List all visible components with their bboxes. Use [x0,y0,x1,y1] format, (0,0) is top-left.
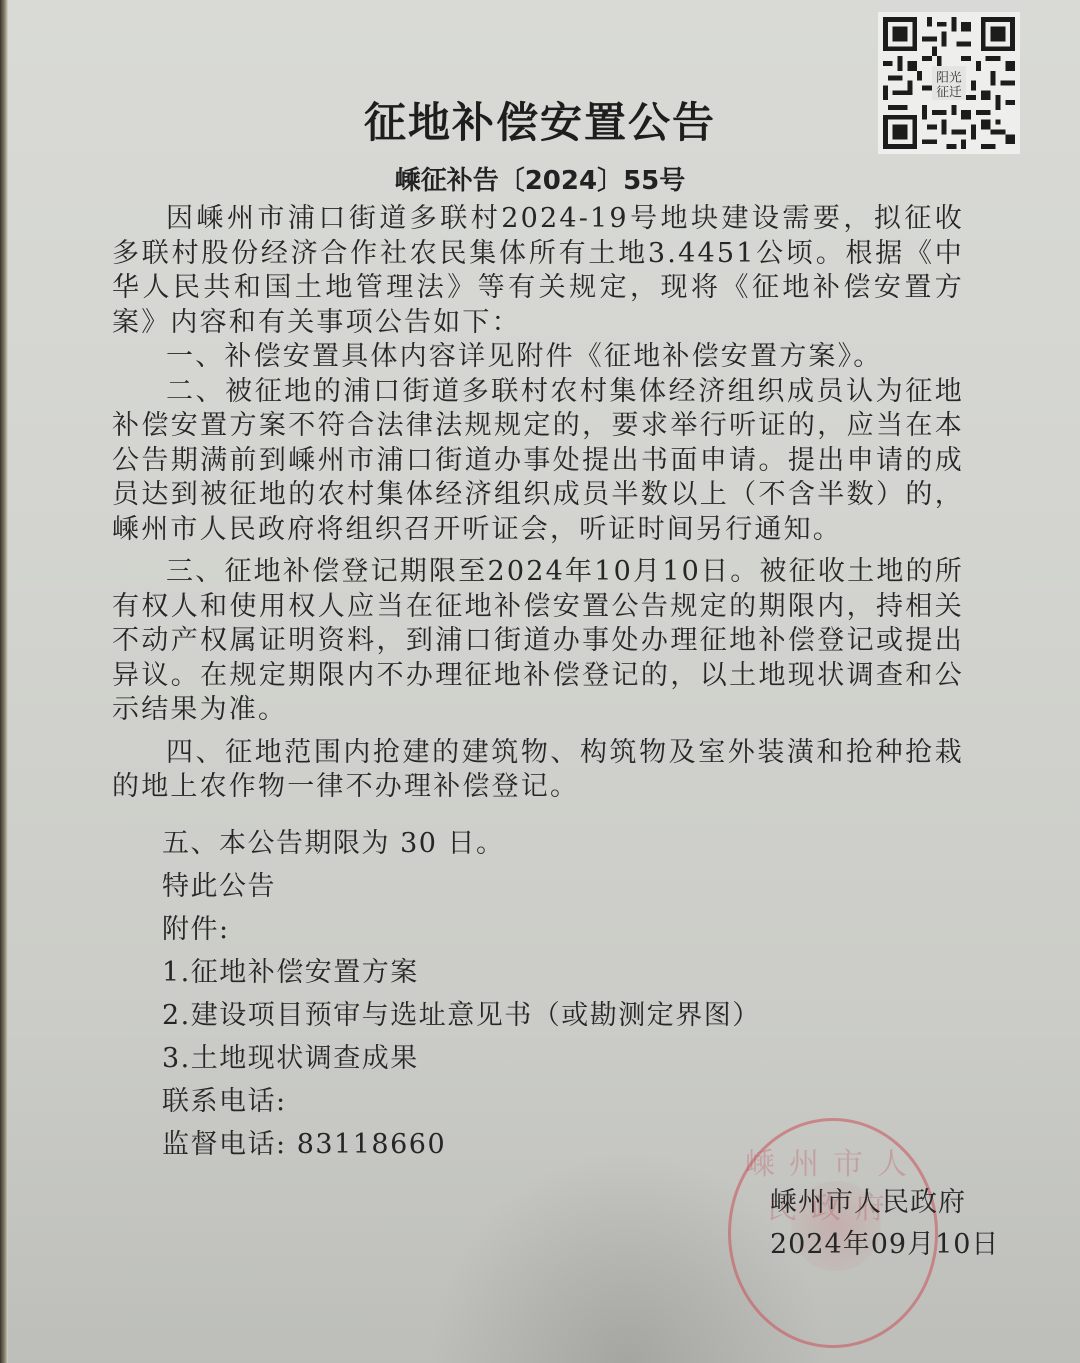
item-3: 三、征地补偿登记期限至2024年10月10日。被征收土地的所有权人和使用权人应当… [112,555,964,728]
attachment-1: 1.征地补偿安置方案 [162,951,761,994]
supervision-phone-label: 监督电话: [162,1129,287,1160]
photo-edge [0,0,8,1363]
document-title: 征地补偿安置公告 [0,90,1080,150]
supervision-phone-number: 83118660 [297,1129,446,1160]
issuer-name: 嵊州市人民政府 [770,1182,999,1224]
item-1: 一、补偿安置具体内容详见附件《征地补偿安置方案》。 [112,340,964,375]
document-number: 嵊征补告〔2024〕55号 [0,160,1080,197]
issue-date: 2024年09月10日 [770,1224,999,1266]
svg-text:阳光: 阳光 [936,70,962,86]
item-4: 四、征地范围内抢建的建筑物、构筑物及室外装潢和抢种抢栽的地上农作物一律不办理补偿… [112,736,964,805]
contact-phone-label: 联系电话: [162,1080,761,1123]
item-2: 二、被征地的浦口街道多联村农村集体经济组织成员认为征地补偿安置方案不符合法律法规… [112,375,964,548]
attachment-3: 3.土地现状调查成果 [162,1037,761,1080]
attachment-2: 2.建设项目预审与选址意见书（或勘测定界图） [162,994,761,1037]
notice-body: 因嵊州市浦口街道多联村2024-19号地块建设需要，拟征收多联村股份经济合作社农… [112,202,964,805]
attachments-label: 附件: [162,908,761,951]
item-5: 五、本公告期限为 30 日。 [162,822,761,865]
intro-paragraph: 因嵊州市浦口街道多联村2024-19号地块建设需要，拟征收多联村股份经济合作社农… [112,202,964,340]
signature-block: 嵊州市人民政府 2024年09月10日 [770,1182,999,1266]
closing-section: 五、本公告期限为 30 日。 特此公告 附件: 1.征地补偿安置方案 2.建设项… [162,822,761,1166]
supervision-phone-row: 监督电话: 83118660 [162,1123,761,1166]
closing-statement: 特此公告 [162,865,761,908]
